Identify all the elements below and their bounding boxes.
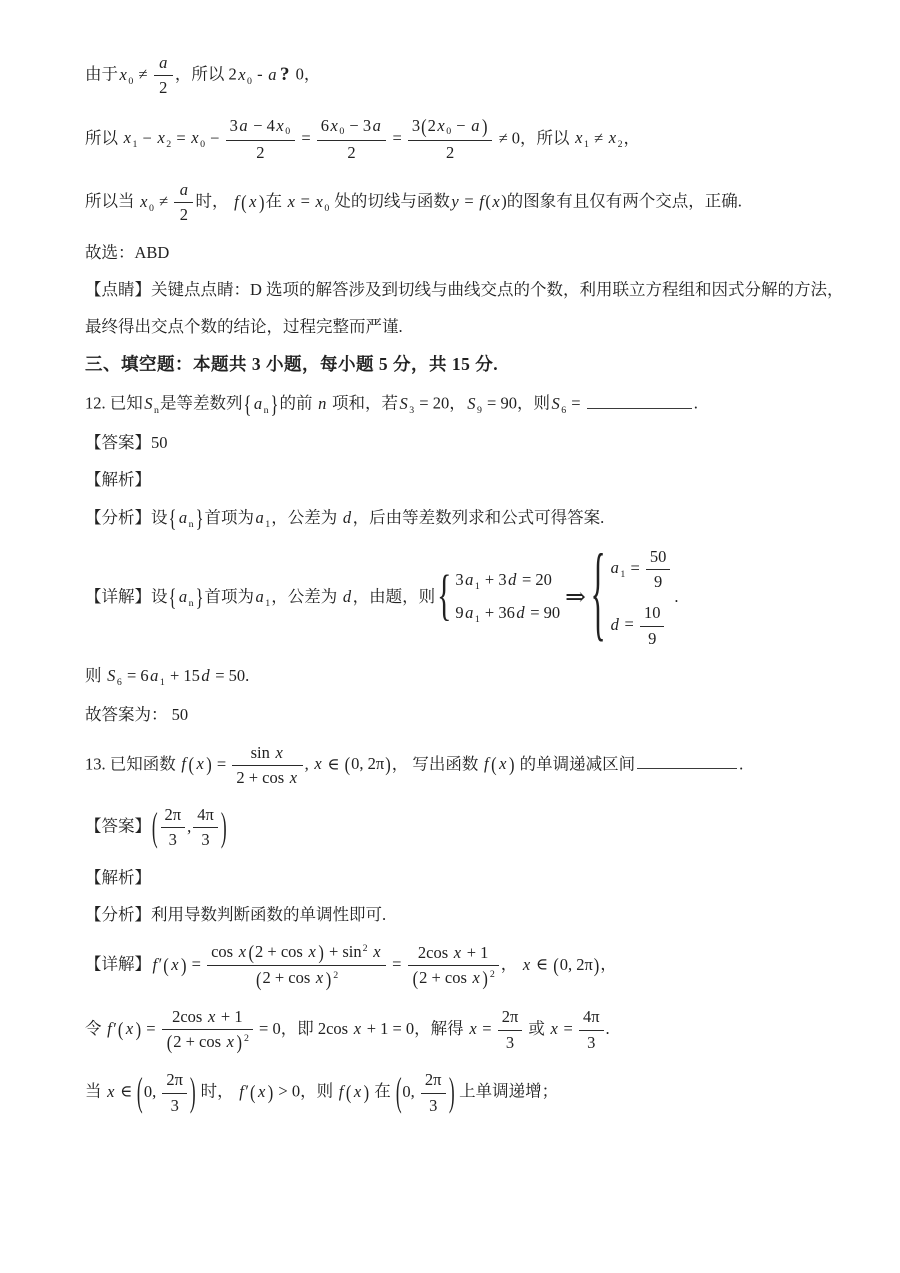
fence-content: 2 + cos x	[262, 968, 324, 987]
math-text: ∈	[116, 1082, 136, 1101]
math-text: 2π	[425, 1070, 442, 1089]
math-text: > 0，则	[274, 1082, 337, 1101]
close-fence-icon: )	[135, 1017, 143, 1044]
math-text: 最终得出交点个数的结论，过程完整而严谨.	[85, 317, 403, 336]
math-fraction: cos x(2 + cos x) + sin2 x(2 + cos x)2	[207, 941, 386, 991]
math-variable: x	[498, 754, 508, 773]
math-variable: x	[471, 968, 481, 987]
math-subscript: 0	[285, 126, 291, 137]
math-paren-group: (0, 2π3)	[136, 1082, 196, 1101]
close-fence-icon: )	[508, 752, 516, 779]
close-fence-icon: }	[195, 502, 205, 535]
math-variable: x	[314, 968, 324, 987]
math-paren-group: (0, 2π)	[552, 955, 600, 974]
math-text: 9	[648, 629, 656, 648]
system-row: 3a1 + 3d = 20	[455, 569, 560, 593]
math-text: 3	[171, 1096, 179, 1115]
math-text: = 90，则	[483, 394, 550, 413]
math-text: ≠	[155, 192, 172, 211]
math-text: 3	[455, 570, 463, 589]
math-text: 时，	[195, 192, 232, 211]
fraction-denominator: 3	[161, 828, 186, 851]
open-fence-icon: (	[490, 752, 498, 779]
open-fence-icon: {	[242, 388, 252, 421]
math-variable: f	[483, 754, 491, 773]
math-text: =	[172, 128, 190, 147]
math-variable: x	[452, 943, 462, 962]
fence-content: an	[177, 508, 194, 527]
fence-content: x	[248, 192, 258, 211]
fence-content: x	[195, 754, 205, 773]
math-paren-group: (x)	[240, 192, 265, 211]
math-text: 在	[370, 1082, 395, 1101]
math-text: 50	[650, 547, 667, 566]
math-variable: x	[314, 192, 324, 211]
math-text: =	[142, 1019, 160, 1038]
fraction-denominator: 3	[498, 1031, 523, 1054]
open-fence-icon: (	[187, 752, 195, 779]
math-text: ，	[624, 128, 641, 147]
close-fence-icon: )	[180, 952, 188, 979]
fraction-denominator: (2 + cos x)2	[162, 1030, 253, 1054]
math-variable: S	[106, 666, 117, 685]
math-text: 2π	[502, 1007, 519, 1026]
math-text: − 4	[249, 116, 275, 135]
system-rows: 3a1 + 3d = 209a1 + 36d = 90	[455, 569, 560, 627]
math-text: + 1	[463, 943, 489, 962]
math-text: 4π	[197, 805, 214, 824]
math-fraction: 2π3	[421, 1069, 446, 1117]
math-variable: x	[248, 192, 258, 211]
math-fraction: 4π3	[579, 1006, 604, 1054]
math-paren-group: (x)	[162, 955, 187, 974]
math-fraction: 2cos x + 1(2 + cos x)2	[162, 1006, 253, 1055]
math-text: ，	[501, 955, 522, 974]
math-variable: x	[307, 942, 317, 961]
math-variable: x	[468, 1019, 478, 1038]
open-fence-icon: (	[166, 1030, 174, 1057]
math-text: 故答案为： 50	[85, 705, 188, 724]
math-variable: x	[156, 128, 166, 147]
math-variable: x	[288, 768, 298, 787]
fraction-denominator: 2	[154, 76, 173, 99]
open-fence-icon: (	[136, 1066, 144, 1121]
math-paren-group: (x)	[117, 1019, 142, 1038]
math-text: 或	[524, 1019, 549, 1038]
math-text: 首项为	[205, 587, 255, 606]
section-header-fill-in: 三、填空题：本题共 3 小题，每小题 5 分，共 15 分.	[85, 353, 842, 377]
math-variable: x	[521, 955, 531, 974]
fraction-numerator: sin x	[232, 742, 302, 766]
math-text: 2 + cos	[173, 1032, 225, 1051]
math-text: 12. 已知	[85, 394, 143, 413]
math-text: ，后由等差数列求和公式可得答案.	[353, 508, 605, 527]
math-fraction: sin x2 + cos x	[232, 742, 302, 790]
close-fence-icon: )	[481, 966, 489, 993]
math-text: 3	[429, 1096, 437, 1115]
math-variable: f	[337, 1082, 345, 1101]
math-variable: x	[313, 754, 323, 773]
math-text: 【详解】	[85, 955, 151, 974]
q12-jiexi: 【解析】	[85, 469, 842, 491]
fence-content: 2x0 − a	[428, 116, 481, 135]
math-text: =	[620, 615, 638, 634]
q13-xiangjie-derivative: 【详解】f′(x) = cos x(2 + cos x) + sin2 x(2 …	[85, 941, 842, 991]
math-variable: f	[151, 955, 159, 974]
math-text: = 90	[526, 603, 560, 622]
math-paren-group: (0, 2π)	[344, 754, 392, 773]
math-variable: x	[549, 1019, 559, 1038]
math-brace-group: {an}	[242, 394, 279, 413]
line-tangent-conclusion: 所以当 x0 ≠ a2时， f(x)在 x = x0 处的切线与函数y = f(…	[85, 179, 842, 227]
math-text: = 0，即 2cos	[255, 1019, 352, 1038]
math-text: = 20，	[415, 394, 466, 413]
fraction-numerator: 4π	[579, 1006, 604, 1030]
open-fence-icon: (	[248, 940, 256, 967]
q12-final-answer: 故答案为： 50	[85, 704, 842, 726]
math-text: ， 写出函数	[392, 754, 483, 773]
close-fence-icon: )	[363, 1080, 371, 1107]
fence-content: 2 + cos x	[419, 968, 481, 987]
close-fence-icon: )	[325, 966, 333, 993]
answer-blank	[637, 752, 737, 769]
math-text: 【解析】	[85, 868, 151, 887]
math-variable: d	[341, 508, 352, 527]
close-fence-icon: )	[235, 1030, 243, 1057]
math-text: =	[567, 394, 585, 413]
math-text: 【分析】设	[85, 508, 168, 527]
math-text: 2cos	[418, 943, 452, 962]
math-text: = 6	[123, 666, 149, 685]
math-text: =	[388, 955, 406, 974]
math-text: 的图象有且仅有两个交点，正确.	[507, 192, 742, 211]
math-text: ,	[305, 754, 313, 773]
close-fence-icon: )	[189, 1066, 197, 1121]
q13-answer: 【答案】(2π3,4π3)	[85, 804, 842, 852]
system-row: d = 109	[609, 602, 672, 650]
line-dianjing-2: 最终得出交点个数的结论，过程完整而严谨.	[85, 316, 842, 338]
open-fence-icon: (	[412, 966, 420, 993]
math-text: ∈	[323, 754, 343, 773]
math-superscript: 2	[332, 970, 338, 981]
math-text: 【答案】	[85, 817, 151, 836]
math-text: 是等差数列	[160, 394, 243, 413]
math-fraction: 2π3	[498, 1006, 523, 1054]
math-text: 2π	[166, 1070, 183, 1089]
math-variable: y	[450, 192, 460, 211]
open-fence-icon: (	[117, 1017, 125, 1044]
math-variable: x	[491, 192, 501, 211]
math-variable: x	[607, 128, 617, 147]
math-variable: x	[122, 128, 132, 147]
open-fence-icon: (	[240, 189, 248, 216]
math-variable: a	[254, 508, 265, 527]
math-paren-group: (x)	[490, 754, 515, 773]
math-text: ≠	[590, 128, 607, 147]
fence-content: 2 + cos x	[255, 942, 317, 961]
implies-arrow-icon: ⇒	[562, 584, 589, 611]
math-text: 3	[506, 1033, 514, 1052]
fraction-numerator: 2π	[421, 1069, 446, 1093]
math-text: −	[452, 116, 470, 135]
open-fence-icon: (	[552, 952, 560, 979]
math-fraction: 2π3	[162, 1069, 187, 1117]
math-variable: x	[329, 116, 339, 135]
fraction-numerator: 2π	[162, 1069, 187, 1093]
open-fence-icon: (	[420, 113, 428, 140]
system-row: a1 = 509	[609, 546, 672, 594]
math-text: 【详解】设	[85, 587, 168, 606]
fraction-denominator: 2	[226, 141, 296, 164]
math-text: 10	[644, 603, 661, 622]
fraction-numerator: 10	[640, 602, 665, 626]
math-text: ，公差为	[271, 508, 341, 527]
math-variable: d	[515, 603, 526, 622]
fraction-numerator: a	[174, 179, 193, 203]
math-text: + 1 = 0，解得	[363, 1019, 468, 1038]
fraction-numerator: 3(2x0 − a)	[408, 115, 493, 141]
q12-statement: 12. 已知Sn是等差数列{an}的前 n 项和，若S3 = 20，S9 = 9…	[85, 392, 842, 417]
math-text: 0,	[402, 1082, 419, 1101]
math-text: 2	[347, 143, 355, 162]
fraction-denominator: 3	[193, 828, 218, 851]
fence-content: x	[170, 955, 180, 974]
fraction-numerator: 2cos x + 1	[408, 942, 499, 966]
math-text: .	[694, 394, 698, 413]
close-fence-icon: )	[593, 952, 601, 979]
math-text: 6	[321, 116, 329, 135]
close-fence-icon: )	[447, 1066, 455, 1121]
fence-content: 2 + cos x	[173, 1032, 235, 1051]
math-variable: x	[190, 128, 200, 147]
fraction-numerator: 2cos x + 1	[162, 1006, 253, 1030]
math-variable: x	[436, 116, 446, 135]
math-text: −	[138, 128, 156, 147]
math-variable: x	[237, 942, 247, 961]
math-paren-group: (x)	[345, 1082, 370, 1101]
math-paren-group: (0, 2π3)	[395, 1082, 455, 1101]
math-text: =	[460, 192, 478, 211]
math-variable: a	[267, 65, 278, 84]
math-text: 2π	[165, 805, 182, 824]
math-text: 2	[256, 143, 264, 162]
close-fence-icon: )	[220, 801, 228, 856]
math-text: =	[188, 955, 206, 974]
math-paren-group: (2x0 − a)	[420, 116, 488, 135]
math-text: 2	[446, 143, 454, 162]
math-fraction: 6x0 − 3a2	[317, 115, 387, 165]
math-text: + sin	[325, 942, 362, 961]
math-text: 13. 已知函数	[85, 754, 180, 773]
math-text: =	[296, 192, 314, 211]
math-variable: x	[195, 754, 205, 773]
close-fence-icon: )	[205, 752, 213, 779]
math-text: = 50.	[211, 666, 249, 685]
math-variable: x	[206, 1007, 216, 1026]
math-text: 2 + cos	[255, 942, 307, 961]
math-variable: x	[170, 955, 180, 974]
math-fraction: 3(2x0 − a)2	[408, 115, 493, 165]
math-fraction: 109	[640, 602, 665, 650]
math-text: 4π	[583, 1007, 600, 1026]
math-text: .	[606, 1019, 610, 1038]
math-variable: x	[372, 942, 382, 961]
math-text: =	[559, 1019, 577, 1038]
math-paren-group: (2 + cos x)	[412, 968, 489, 987]
math-variable: x	[106, 1082, 116, 1101]
q12-s6-result: 则 S6 = 6a1 + 15d = 50.	[85, 665, 842, 689]
math-fraction: 2cos x + 1(2 + cos x)2	[408, 942, 499, 991]
math-text: − 3	[345, 116, 371, 135]
math-text: =	[213, 754, 231, 773]
math-variable: x	[256, 1082, 266, 1101]
line-x0-condition: 由于x0 ≠ a2，所以 2x0 - a? 0，	[85, 52, 842, 100]
math-variable: a	[470, 116, 481, 135]
fence-content: 0, 2π	[351, 754, 384, 773]
math-text: .	[674, 587, 678, 606]
fraction-denominator: (2 + cos x)2	[207, 966, 386, 990]
math-text: + 3	[481, 570, 507, 589]
math-text: ，公差为	[271, 587, 341, 606]
math-text: cos	[211, 942, 237, 961]
math-fraction: 4π3	[193, 804, 218, 852]
q13-jiexi: 【解析】	[85, 867, 842, 889]
fence-content: x	[498, 754, 508, 773]
math-text: 2 + cos	[419, 968, 471, 987]
math-text: 当	[85, 1082, 106, 1101]
open-fence-icon: (	[345, 1080, 353, 1107]
math-text: =	[478, 1019, 496, 1038]
q13-fenxi: 【分析】利用导数判断函数的单调性即可.	[85, 904, 842, 926]
close-fence-icon: )	[481, 113, 489, 140]
math-paren-group: (x)	[187, 754, 212, 773]
math-variable: x	[275, 116, 285, 135]
math-text: 2	[180, 205, 188, 224]
math-text: -	[253, 65, 267, 84]
q12-xiangjie: 【详解】设{an}首项为a1，公差为 d，由题，则{3a1 + 3d = 209…	[85, 546, 842, 650]
close-fence-icon: )	[384, 752, 392, 779]
line-answer-abd: 故选：ABD	[85, 242, 842, 264]
math-superscript: 2	[489, 969, 495, 980]
math-paren-group: (2 + cos x)	[166, 1032, 243, 1051]
close-fence-icon: }	[270, 388, 280, 421]
math-variable: a	[149, 666, 160, 685]
fraction-denominator: 3	[421, 1094, 446, 1117]
open-fence-icon: (	[395, 1066, 403, 1121]
math-fraction: a2	[154, 52, 173, 100]
math-variable: a	[609, 558, 620, 577]
math-text: 则	[85, 666, 106, 685]
math-text: + 15	[166, 666, 200, 685]
math-text: 【答案】50	[85, 433, 168, 452]
math-text: 所以	[85, 128, 122, 147]
math-text: 0,	[144, 1082, 161, 1101]
math-text: 3	[587, 1033, 595, 1052]
math-text: + 36	[481, 603, 515, 622]
math-text: 2cos	[172, 1007, 206, 1026]
fraction-numerator: 2π	[161, 804, 186, 828]
math-variable: x	[352, 1019, 362, 1038]
math-text: 3	[412, 116, 420, 135]
math-text: 9	[455, 603, 463, 622]
math-text: ，	[600, 955, 617, 974]
system-row: 9a1 + 36d = 90	[455, 602, 560, 626]
q12-fenxi: 【分析】设{an}首项为a1，公差为 d，后由等差数列求和公式可得答案.	[85, 507, 842, 531]
math-text: 2	[159, 78, 167, 97]
fence-content: x	[352, 1082, 362, 1101]
fraction-denominator: 2 + cos x	[232, 766, 302, 789]
math-text: ∈	[532, 955, 552, 974]
math-variable: d	[507, 570, 518, 589]
math-text: 【分析】利用导数判断函数的单调性即可.	[85, 905, 386, 924]
math-superscript: 2	[243, 1033, 249, 1044]
math-text: =	[297, 128, 315, 147]
system-brace-icon: {	[591, 544, 606, 651]
math-variable: a	[177, 587, 188, 606]
fraction-numerator: 4π	[193, 804, 218, 828]
math-text: =	[388, 128, 406, 147]
math-variable: d	[341, 587, 352, 606]
fraction-denominator: 3	[579, 1031, 604, 1054]
math-variable: S	[550, 394, 561, 413]
math-variable: x	[225, 1032, 235, 1051]
answer-blank	[587, 392, 692, 409]
math-text: ?	[278, 64, 291, 85]
open-fence-icon: (	[151, 801, 159, 856]
math-variable: a	[252, 394, 263, 413]
fraction-denominator: 9	[646, 570, 671, 593]
fraction-denominator: 9	[640, 627, 665, 650]
math-text: 处的切线与函数	[330, 192, 450, 211]
q13-statement: 13. 已知函数 f(x) = sin x2 + cos x, x ∈ (0, …	[85, 742, 842, 790]
math-variable: a	[177, 508, 188, 527]
math-variable: x	[118, 65, 128, 84]
math-text: 首项为	[205, 508, 255, 527]
math-fraction: 3a − 4x02	[226, 115, 296, 165]
close-fence-icon: )	[317, 940, 325, 967]
math-variable: a	[178, 180, 189, 199]
fence-content: x	[124, 1019, 134, 1038]
math-text: 3	[230, 116, 238, 135]
math-variable: x	[574, 128, 584, 147]
equation-system: {a1 = 509d = 109	[591, 546, 673, 650]
fraction-denominator: 2	[174, 203, 193, 226]
math-text: = 20	[518, 570, 552, 589]
math-text: ,	[187, 817, 191, 836]
q13-solve-critical: 令 f′(x) = 2cos x + 1(2 + cos x)2 = 0，即 2…	[85, 1006, 842, 1055]
math-text: 三、填空题：本题共 3 小题，每小题 5 分，共 15 分.	[85, 354, 498, 374]
math-text: 0，	[291, 65, 320, 84]
math-text: 2	[428, 116, 436, 135]
math-text: 令	[85, 1019, 106, 1038]
math-variable: a	[464, 603, 475, 622]
math-variable: S	[398, 394, 409, 413]
math-brace-group: {an}	[168, 508, 205, 527]
math-variable: n	[317, 394, 328, 413]
math-variable: d	[200, 666, 211, 685]
math-text: ≠ 0，所以	[494, 128, 573, 147]
math-text: 故选：ABD	[85, 243, 169, 262]
open-fence-icon: (	[162, 952, 170, 979]
fraction-numerator: cos x(2 + cos x) + sin2 x	[207, 941, 386, 966]
math-text: 【点睛】关键点点睛：D 选项的解答涉及到切线与曲线交点的个数，利用联立方程组和因…	[85, 280, 844, 299]
close-fence-icon: )	[258, 189, 266, 216]
math-variable: S	[143, 394, 154, 413]
math-variable: a	[371, 116, 382, 135]
math-superscript: 2	[362, 943, 368, 954]
fraction-numerator: 50	[646, 546, 671, 570]
math-text: 0, 2π	[560, 955, 593, 974]
